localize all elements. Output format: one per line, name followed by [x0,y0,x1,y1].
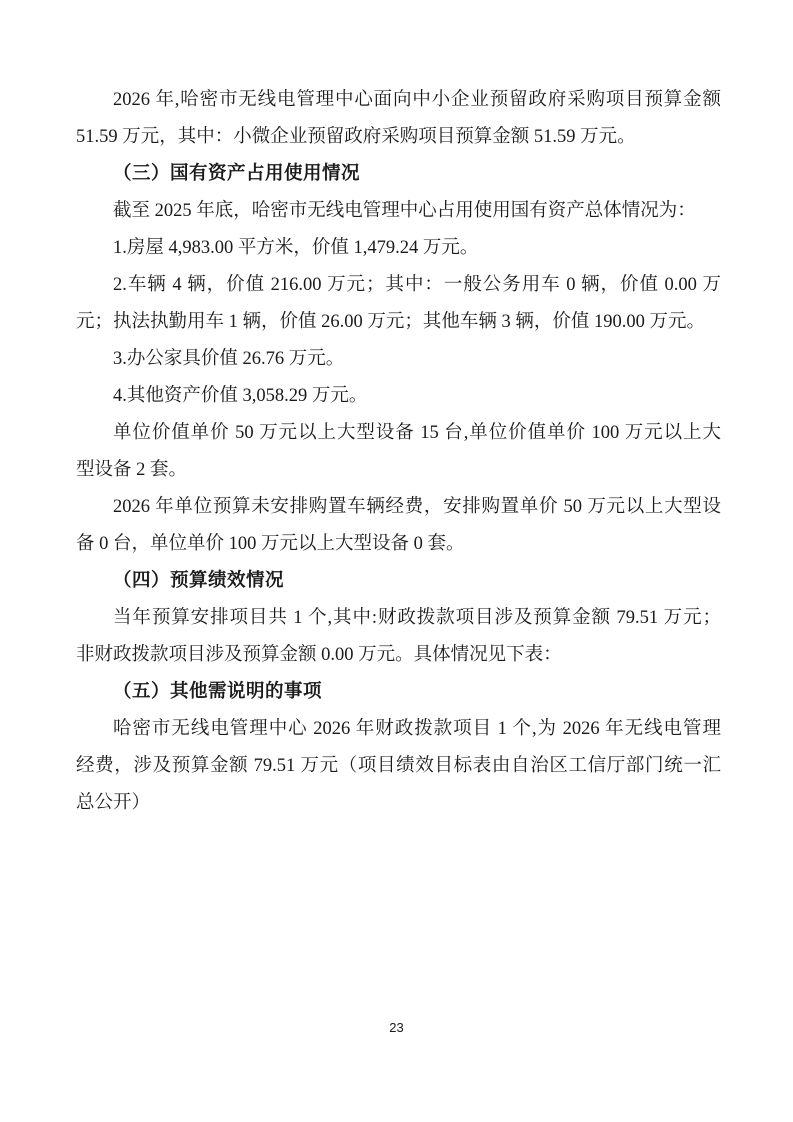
text-line: 单位价值单价 50 万元以上大型设备 15 台,单位价值单价 100 万元以上大 [76,415,721,452]
text-line: 2026 年,哈密市无线电管理中心面向中小企业预留政府采购项目预算金额 [76,82,721,119]
text-line: 4.其他资产价值 3,058.29 万元。 [76,378,721,415]
text-line: 2026 年单位预算未安排购置车辆经费，安排购置单价 50 万元以上大型设 [76,489,721,526]
text-line: 总公开） [76,785,721,822]
text-line: 截至 2025 年底，哈密市无线电管理中心占用使用国有资产总体情况为： [76,193,721,230]
text-line: 当年预算安排项目共 1 个,其中:财政拨款项目涉及预算金额 79.51 万元； [76,600,721,637]
document-body: 2026 年,哈密市无线电管理中心面向中小企业预留政府采购项目预算金额51.59… [76,82,721,822]
document-page: 2026 年,哈密市无线电管理中心面向中小企业预留政府采购项目预算金额51.59… [0,0,793,1122]
text-line: 51.59 万元，其中：小微企业预留政府采购项目预算金额 51.59 万元。 [76,119,721,156]
page-number: 23 [0,1018,793,1038]
text-line: 3.办公家具价值 26.76 万元。 [76,341,721,378]
text-line: 备 0 台，单位单价 100 万元以上大型设备 0 套。 [76,526,721,563]
section-heading: （三）国有资产占用使用情况 [76,156,721,193]
text-line: 非财政拨款项目涉及预算金额 0.00 万元。具体情况见下表： [76,637,721,674]
text-line: 1.房屋 4,983.00 平方米，价值 1,479.24 万元。 [76,230,721,267]
text-line: 经费，涉及预算金额 79.51 万元（项目绩效目标表由自治区工信厅部门统一汇 [76,748,721,785]
section-heading: （五）其他需说明的事项 [76,674,721,711]
text-line: 2.车辆 4 辆，价值 216.00 万元；其中：一般公务用车 0 辆，价值 0… [76,267,721,304]
text-line: 型设备 2 套。 [76,452,721,489]
text-line: 哈密市无线电管理中心 2026 年财政拨款项目 1 个,为 2026 年无线电管… [76,711,721,748]
section-heading: （四）预算绩效情况 [76,563,721,600]
text-line: 元；执法执勤用车 1 辆，价值 26.00 万元；其他车辆 3 辆，价值 190… [76,304,721,341]
